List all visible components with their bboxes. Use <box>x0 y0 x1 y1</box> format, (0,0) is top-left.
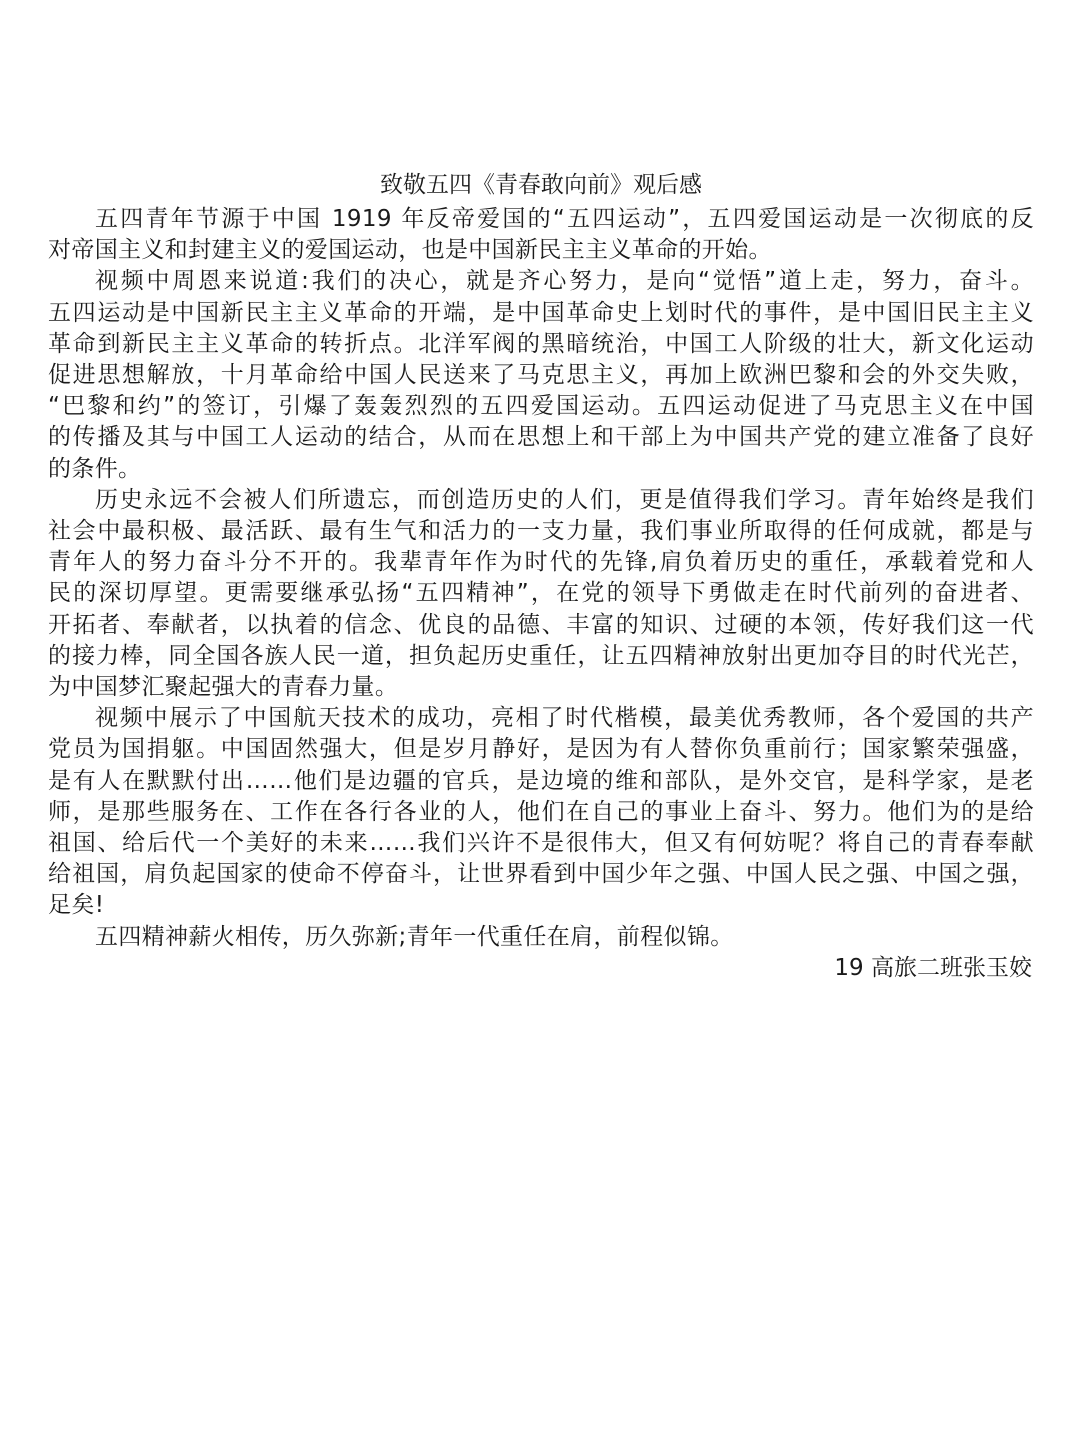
document-page: 致敬五四《青春敢向前》观后感 五四青年节源于中国 1919 年反帝爱国的“五四运… <box>48 168 1034 984</box>
paragraph-3: 历史永远不会被人们所遗忘，而创造历史的人们，更是值得我们学习。青年始终是我们 社… <box>48 485 1034 703</box>
paragraph-line: 革命到新民主主义革命的转折点。北洋军阀的黑暗统治，中国工人阶级的壮大，新文化运动 <box>48 329 1034 360</box>
paragraph-line: 给祖国，肩负起国家的使命不停奋斗，让世界看到中国少年之强、中国人民之强、中国之强… <box>48 859 1034 890</box>
paragraph-2: 视频中周恩来说道:我们的决心，就是齐心努力，是向“觉悟”道上走，努力，奋斗。 五… <box>48 266 1034 484</box>
paragraph-line: 的条件。 <box>48 454 1034 485</box>
paragraph-line: 视频中展示了中国航天技术的成功，亮相了时代楷模，最美优秀教师，各个爱国的共产 <box>48 703 1034 734</box>
paragraph-line: 的传播及其与中国工人运动的结合，从而在思想上和干部上为中国共产党的建立准备了良好 <box>48 422 1034 453</box>
paragraph-line: 五四运动是中国新民主主义革命的开端，是中国革命史上划时代的事件，是中国旧民主主义 <box>48 298 1034 329</box>
paragraph-line: 对帝国主义和封建主义的爱国运动，也是中国新民主主义革命的开始。 <box>48 235 1034 266</box>
paragraph-5: 五四精神薪火相传，历久弥新;青年一代重任在肩，前程似锦。 <box>48 922 1034 953</box>
paragraph-1: 五四青年节源于中国 1919 年反帝爱国的“五四运动”，五四爱国运动是一次彻底的… <box>48 204 1034 266</box>
paragraph-line: 青年人的努力奋斗分不开的。我辈青年作为时代的先锋,肩负着历史的重任，承载着党和人 <box>48 547 1034 578</box>
author-signature: 19 高旅二班张玉姣 <box>48 953 1034 984</box>
paragraph-line: 为中国梦汇聚起强大的青春力量。 <box>48 672 1034 703</box>
paragraph-line: 历史永远不会被人们所遗忘，而创造历史的人们，更是值得我们学习。青年始终是我们 <box>48 485 1034 516</box>
paragraph-line: 社会中最积极、最活跃、最有生气和活力的一支力量，我们事业所取得的任何成就，都是与 <box>48 516 1034 547</box>
paragraph-line: 是有人在默默付出……他们是边疆的官兵，是边境的维和部队，是外交官，是科学家，是老 <box>48 766 1034 797</box>
paragraph-line: 的接力棒，同全国各族人民一道，担负起历史重任，让五四精神放射出更加夺目的时代光芒… <box>48 641 1034 672</box>
paragraph-line: 五四精神薪火相传，历久弥新;青年一代重任在肩，前程似锦。 <box>48 922 1034 953</box>
paragraph-line: 五四青年节源于中国 1919 年反帝爱国的“五四运动”，五四爱国运动是一次彻底的… <box>48 204 1034 235</box>
paragraph-line: 开拓者、奉献者，以执着的信念、优良的品德、丰富的知识、过硬的本领，传好我们这一代 <box>48 610 1034 641</box>
paragraph-line: 足矣! <box>48 890 1034 921</box>
paragraph-line: 民的深切厚望。更需要继承弘扬“五四精神”，在党的领导下勇做走在时代前列的奋进者、 <box>48 578 1034 609</box>
document-title: 致敬五四《青春敢向前》观后感 <box>48 168 1034 202</box>
paragraph-line: 促进思想解放，十月革命给中国人民送来了马克思主义，再加上欧洲巴黎和会的外交失败， <box>48 360 1034 391</box>
paragraph-line: 师，是那些服务在、工作在各行各业的人，他们在自己的事业上奋斗、努力。他们为的是给 <box>48 797 1034 828</box>
paragraph-line: “巴黎和约”的签订，引爆了轰轰烈烈的五四爱国运动。五四运动促进了马克思主义在中国 <box>48 391 1034 422</box>
paragraph-4: 视频中展示了中国航天技术的成功，亮相了时代楷模，最美优秀教师，各个爱国的共产 党… <box>48 703 1034 921</box>
paragraph-line: 视频中周恩来说道:我们的决心，就是齐心努力，是向“觉悟”道上走，努力，奋斗。 <box>48 266 1034 297</box>
paragraph-line: 党员为国捐躯。中国固然强大，但是岁月静好，是因为有人替你负重前行；国家繁荣强盛， <box>48 734 1034 765</box>
paragraph-line: 祖国、给后代一个美好的未来……我们兴许不是很伟大，但又有何妨呢？将自己的青春奉献 <box>48 828 1034 859</box>
